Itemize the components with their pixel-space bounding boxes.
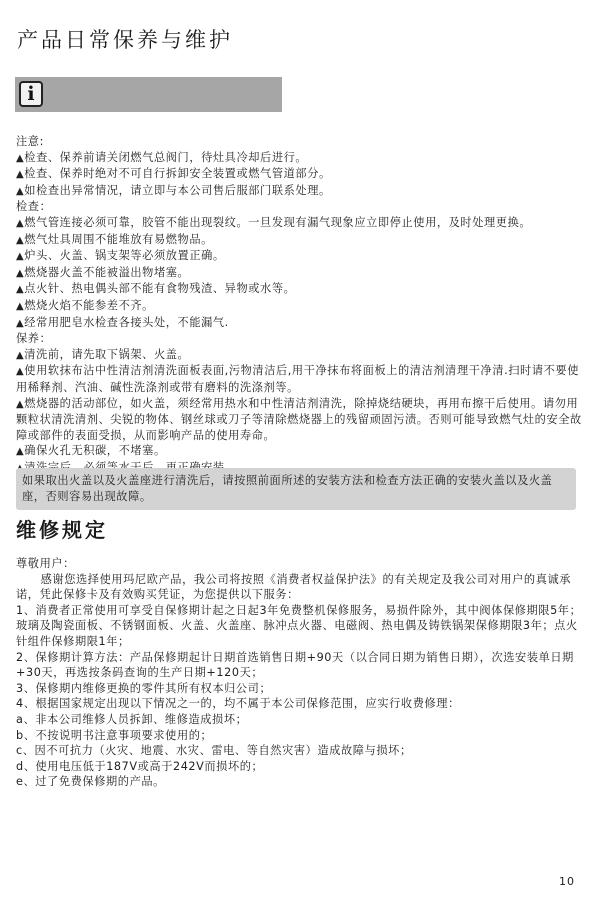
page-title: 产品日常保养与维护 — [17, 30, 233, 51]
maintenance-item: ▲使用软抹布沾中性清洁剂清洗面板表面,污物清洁后,用干净抹布将面板上的清洁剂清理… — [16, 363, 586, 395]
inspection-item: ▲点火针、热电偶头部不能有食物残渣、异物或水等。 — [16, 281, 586, 298]
warranty-clause: 2、保修期计算方法：产品保修期起计日期首选销售日期+90天（以合同日期为销售日期… — [16, 650, 586, 681]
maintenance-item: ▲清洗前，请先取下锅架、火盖。 — [16, 347, 586, 364]
warranty-clause: 3、保修期内维修更换的零件其所有权本归公司； — [16, 681, 586, 697]
info-banner: i — [15, 77, 282, 112]
warranty-exclusion: b、不按说明书注意事项要求使用的； — [16, 728, 586, 744]
notice-item: ▲如检查出异常情况，请立即与本公司售后服部门联系处理。 — [16, 183, 586, 200]
inspection-item: ▲燃气管连接必须可靠，胶管不能出现裂纹。一旦发现有漏气现象应立即停止使用，及时处… — [16, 215, 586, 232]
warranty-clause: 4、根据国家规定出现以下情况之一的，均不属于本公司保修范围，应实行收费修理： — [16, 696, 586, 712]
notice-heading: 注意: — [16, 134, 586, 150]
warranty-exclusion: e、过了免费保修期的产品。 — [16, 774, 586, 790]
cleaning-callout: 如果取出火盖以及火盖座进行清洗后，请按照前面所述的安装方法和检查方法正确的安装火… — [16, 468, 576, 510]
notice-item: ▲检查、保养时绝对不可自行拆卸安全装置或燃气管道部分。 — [16, 166, 586, 183]
inspection-heading: 检查： — [16, 199, 586, 215]
warranty-exclusion: d、使用电压低于187V或高于242V而损坏的； — [16, 759, 586, 775]
warranty-section: 尊敬用户： 感谢您选择使用玛尼欧产品，我公司将按照《消费者权益保护法》的有关规定… — [16, 556, 586, 790]
warranty-exclusion: a、非本公司维修人员拆卸、维修造成损坏； — [16, 712, 586, 728]
info-icon: i — [19, 81, 43, 107]
notice-section: 注意: ▲检查、保养前请关闭燃气总阀门，待灶具冷却后进行。 ▲检查、保养时绝对不… — [16, 134, 586, 476]
warranty-exclusion: c、因不可抗力（火灾、地震、水灾、雷电、等自然灾害）造成故障与损坏； — [16, 743, 586, 759]
warranty-intro: 感谢您选择使用玛尼欧产品，我公司将按照《消费者权益保护法》的有关规定及我公司对用… — [16, 572, 586, 603]
warranty-title: 维修规定 — [16, 520, 108, 540]
warranty-clause: 1、消费者正常使用可享受自保修期计起之日起3年免费整机保修服务，易损件除外，其中… — [16, 603, 586, 650]
inspection-item: ▲燃烧火焰不能参差不齐。 — [16, 298, 586, 315]
page-number: 10 — [559, 875, 575, 888]
maintenance-item: ▲燃烧器的活动部位，如火盖，须经常用热水和中性清洁剂清洗，除掉烧结硬块，再用布擦… — [16, 396, 586, 444]
maintenance-item: ▲确保火孔无积碳，不堵塞。 — [16, 443, 586, 460]
inspection-item: ▲经常用肥皂水检查各接头处，不能漏气. — [16, 315, 586, 332]
warranty-greeting: 尊敬用户： — [16, 556, 586, 572]
maintenance-heading: 保养： — [16, 331, 586, 347]
inspection-item: ▲炉头、火盖、锅支架等必须放置正确。 — [16, 248, 586, 265]
notice-item: ▲检查、保养前请关闭燃气总阀门，待灶具冷却后进行。 — [16, 150, 586, 167]
inspection-item: ▲燃气灶具周围不能堆放有易燃物品。 — [16, 232, 586, 249]
inspection-item: ▲燃烧器火盖不能被溢出物堵塞。 — [16, 265, 586, 282]
